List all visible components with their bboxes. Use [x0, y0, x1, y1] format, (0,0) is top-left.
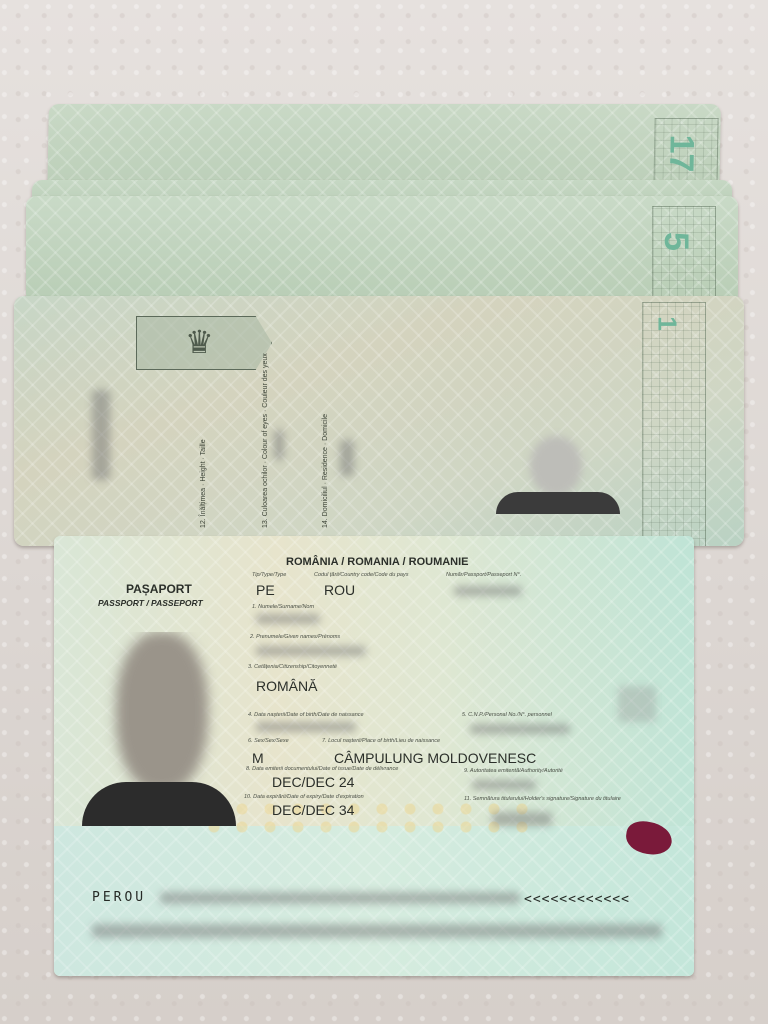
- label-fr: Taille: [200, 439, 207, 455]
- label-ro: 14. Domiciliul: [322, 486, 329, 528]
- label-en: Height: [200, 461, 207, 481]
- passport-page-5: 5: [26, 196, 738, 304]
- redacted-text: [274, 430, 284, 460]
- mrz-line-1: PEROU: [92, 890, 146, 905]
- personal-number-label: 5. C.N.P./Personal No./N°. personnel: [462, 712, 552, 718]
- country-code-value: ROU: [324, 582, 355, 598]
- label-fr: Couleur des yeux: [262, 353, 269, 407]
- residence-label: 14. Domiciliul · Residence · Domicile: [322, 414, 329, 528]
- ghost-photo: [496, 430, 620, 514]
- floral-pattern: [200, 800, 530, 834]
- redacted-passport-number: [454, 586, 522, 596]
- security-pattern: [26, 196, 738, 304]
- country-code-label: Codul țării/Country code/Code du pays: [314, 572, 408, 578]
- passport-page-1: 1: [14, 296, 744, 546]
- page-tab-box: [652, 206, 716, 304]
- date-of-birth-label: 4. Data nașterii/Date of birth/Date de n…: [248, 712, 364, 718]
- redacted-personal-number: [470, 724, 570, 734]
- passport-number-label: Număr/Passport/Passeport N°.: [446, 572, 521, 578]
- date-of-issue-label: 8. Data emiterii documentului/Date of is…: [246, 766, 398, 772]
- date-of-issue-value: DEC/DEC 24: [272, 774, 354, 790]
- document-title: PAȘAPORT: [126, 582, 192, 596]
- redacted-signature: [492, 812, 552, 826]
- type-value: PE: [256, 582, 275, 598]
- redacted-mrz: [160, 892, 520, 904]
- shoulders: [82, 782, 236, 826]
- place-of-birth-value: CÂMPULUNG MOLDOVENESC: [334, 750, 536, 766]
- page-number: 5: [656, 232, 695, 251]
- issuing-country: ROMÂNIA / ROMANIA / ROUMANIE: [286, 556, 469, 568]
- citizenship-label: 3. Cetățenia/Citizenship/Citoyenneté: [248, 664, 337, 670]
- redacted-date-of-birth: [256, 722, 356, 732]
- label-ro: 13. Culoarea ochilor: [262, 465, 269, 528]
- height-label: 12. Înălțimea · Height · Taille: [200, 439, 207, 528]
- ghost-image: [618, 686, 656, 722]
- page-number: 17: [661, 135, 701, 173]
- blurred-face: [530, 436, 582, 496]
- page-tab-box: [642, 302, 706, 546]
- page-number: 1: [652, 316, 683, 330]
- sex-value: M: [252, 750, 264, 766]
- mrz-prefix: PEROU: [92, 890, 146, 905]
- holder-photo: [82, 632, 236, 826]
- place-of-birth-label: 7. Locul nașterii/Place of birth/Lieu de…: [322, 738, 440, 744]
- label-en: Residence: [322, 447, 329, 480]
- authority-label: 9. Autoritatea emitentă/Authority/Autori…: [464, 768, 563, 774]
- redacted-surname: [256, 614, 320, 624]
- coat-of-arms-icon: [136, 316, 272, 370]
- type-label: Tip/Type/Type: [252, 572, 286, 578]
- given-names-label: 2. Prenumele/Given names/Prénoms: [250, 634, 340, 640]
- redacted-text: [340, 440, 354, 476]
- surname-label: 1. Numele/Surname/Nom: [252, 604, 314, 610]
- label-fr: Domicile: [322, 414, 329, 441]
- security-pattern: [14, 296, 744, 546]
- label-ro: 12. Înălțimea: [200, 488, 207, 528]
- mrz-fillers: <<<<<<<<<<<<: [524, 892, 630, 907]
- redacted-authority: [472, 780, 536, 790]
- redacted-given-names: [256, 646, 366, 656]
- label-en: Colour of eyes: [262, 414, 269, 459]
- mrz-line-2-redacted: [92, 924, 662, 938]
- signature-label: 11. Semnătura titularului/Holder's signa…: [464, 796, 621, 802]
- eye-colour-label: 13. Culoarea ochilor · Colour of eyes · …: [262, 353, 269, 528]
- blurred-face: [116, 632, 208, 792]
- date-of-expiry-value: DEC/DEC 34: [272, 802, 354, 818]
- sex-label: 6. Sex/Sex/Sexe: [248, 738, 289, 744]
- redacted-text: [92, 390, 110, 480]
- shoulders: [496, 492, 620, 514]
- document-subtitle: PASSPORT / PASSEPORT: [98, 598, 203, 608]
- date-of-expiry-label: 10. Data expirării/Date of expiry/Date d…: [244, 794, 364, 800]
- citizenship-value: ROMÂNĂ: [256, 678, 317, 694]
